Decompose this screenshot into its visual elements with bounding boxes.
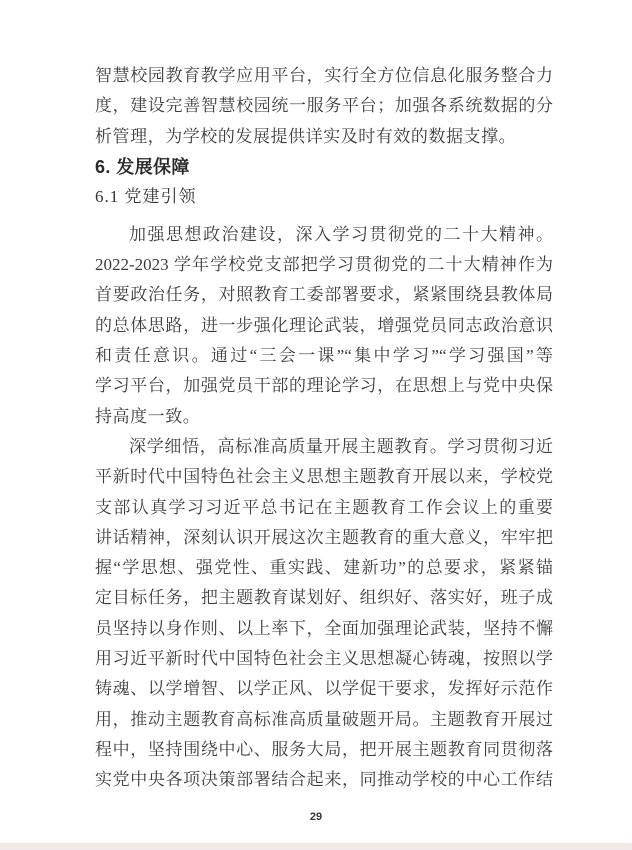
body-line: 定目标任务，把主题教育谋划好、组织好、落实好，班子成 — [95, 583, 553, 613]
body-line: 度，建设完善智慧校园统一服务平台；加强各系统数据的分 — [95, 91, 553, 121]
body-line: 的总体思路，进一步强化理论武装，增强党员同志政治意识 — [95, 311, 553, 341]
document-page: 智慧校园教育教学应用平台，实行全方位信息化服务整合力度，建设完善智慧校园统一服务… — [0, 0, 632, 850]
body-line: 握“学思想、强党性、重实践、建新功”的总要求，紧紧锚 — [95, 553, 553, 583]
body-line: 析管理，为学校的发展提供详实及时有效的数据支撑。 — [95, 122, 553, 152]
body-line: 智慧校园教育教学应用平台，实行全方位信息化服务整合力 — [95, 61, 553, 91]
body-line: 深学细悟，高标准高质量开展主题教育。学习贯彻习近 — [95, 432, 553, 462]
body-line: 加强思想政治建设，深入学习贯彻党的二十大精神。 — [95, 220, 553, 250]
paragraph: 加强思想政治建设，深入学习贯彻党的二十大精神。2022-2023 学年学校党支部… — [95, 220, 553, 432]
body-line: 2022-2023 学年学校党支部把学习贯彻党的二十大精神作为 — [95, 250, 553, 280]
paragraph: 智慧校园教育教学应用平台，实行全方位信息化服务整合力度，建设完善智慧校园统一服务… — [95, 61, 553, 152]
body-line: 持高度一致。 — [95, 402, 553, 432]
paragraph: 深学细悟，高标准高质量开展主题教育。学习贯彻习近平新时代中国特色社会主义思想主题… — [95, 432, 553, 796]
page-number: 29 — [0, 811, 632, 823]
document-body-text: 智慧校园教育教学应用平台，实行全方位信息化服务整合力度，建设完善智慧校园统一服务… — [95, 61, 553, 796]
body-line: 和责任意识。通过“三会一课”“集中学习”“学习强国”等 — [95, 341, 553, 371]
subsection-heading: 6.1 党建引领 — [95, 182, 553, 212]
body-line: 员坚持以身作则、以上率下，全面加强理论武装，坚持不懈 — [95, 614, 553, 644]
body-line: 平新时代中国特色社会主义思想主题教育开展以来，学校党 — [95, 462, 553, 492]
body-line: 支部认真学习习近平总书记在主题教育工作会议上的重要 — [95, 493, 553, 523]
body-line: 首要政治任务，对照教育工委部署要求，紧紧围绕县教体局 — [95, 280, 553, 310]
page-bottom-edge — [0, 843, 632, 850]
body-line: 讲话精神，深刻认识开展这次主题教育的重大意义，牢牢把 — [95, 523, 553, 553]
section-heading: 6. 发展保障 — [95, 152, 553, 182]
body-line: 实党中央各项决策部署结合起来，同推动学校的中心工作结 — [95, 765, 553, 795]
body-line: 学习平台，加强党员干部的理论学习，在思想上与党中央保 — [95, 371, 553, 401]
body-line: 程中，坚持围绕中心、服务大局，把开展主题教育同贯彻落 — [95, 735, 553, 765]
body-line: 铸魂、以学增智、以学正风、以学促干要求，发挥好示范作 — [95, 674, 553, 704]
body-line: 用，推动主题教育高标准高质量破题开局。主题教育开展过 — [95, 705, 553, 735]
body-line: 用习近平新时代中国特色社会主义思想凝心铸魂，按照以学 — [95, 644, 553, 674]
